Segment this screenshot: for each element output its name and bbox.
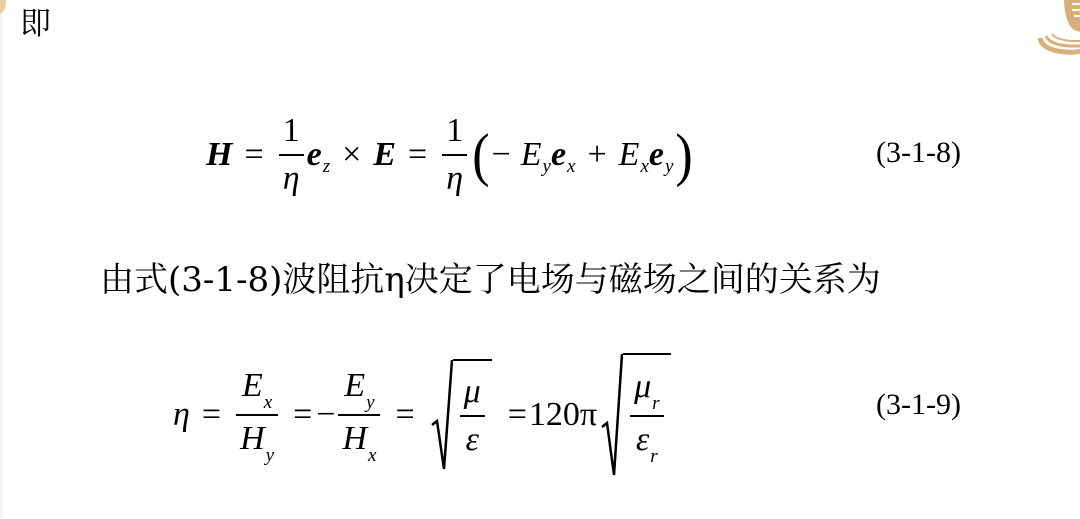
equation-3-1-8: H = 1 η ez × E = 1 η ( − Ey ex + Ex ey ) bbox=[206, 100, 695, 210]
radical-sign-icon bbox=[601, 353, 623, 477]
explanation-sentence: 由式(3-1-8)波阻抗η决定了电场与磁场之间的关系为 bbox=[100, 252, 881, 301]
equals-sign: = bbox=[395, 396, 414, 434]
plus-sign: + bbox=[587, 136, 606, 174]
fraction-one-over-eta: 1 η bbox=[279, 108, 304, 202]
symbol-H: H bbox=[206, 136, 232, 174]
equals-sign: = bbox=[293, 396, 312, 434]
equals-sign: = bbox=[508, 396, 527, 434]
unit-vector-ex: e bbox=[551, 136, 566, 174]
unit-vector-ey: e bbox=[649, 136, 664, 174]
minus-sign: − bbox=[316, 396, 335, 434]
component-Ey: E bbox=[521, 136, 542, 174]
equals-sign: = bbox=[408, 136, 427, 174]
unit-vector-ez: e bbox=[307, 136, 322, 174]
fraction-Ey-over-Hx: Ey Hx bbox=[338, 363, 380, 467]
left-edge-shade bbox=[0, 0, 6, 519]
minus-sign: − bbox=[492, 136, 511, 174]
sqrt-mu-over-epsilon: μ ε bbox=[431, 359, 492, 471]
equation-3-1-9: η = Ex Hy = − Ey Hx = μ ε = 120π μr bbox=[173, 345, 675, 485]
component-Ex: E bbox=[619, 136, 640, 174]
paren-open: ( bbox=[472, 121, 489, 189]
fraction-Ex-over-Hy: Ex Hy bbox=[236, 363, 278, 467]
coffee-cup-logo-icon bbox=[1020, 0, 1080, 55]
radical-sign-icon bbox=[431, 359, 453, 471]
equation-number-3-1-9: (3-1-9) bbox=[876, 388, 961, 422]
coefficient-120pi: 120π bbox=[529, 396, 597, 434]
symbol-eta: η bbox=[173, 396, 190, 434]
paren-close: ) bbox=[675, 121, 692, 189]
slide-heading: 即 bbox=[20, 4, 51, 44]
cross-product-sign: × bbox=[342, 136, 361, 174]
equals-sign: = bbox=[244, 136, 263, 174]
symbol-E: E bbox=[373, 136, 396, 174]
fraction-one-over-eta: 1 η bbox=[442, 108, 467, 202]
equals-sign: = bbox=[202, 396, 221, 434]
sqrt-mur-over-epsr: μr εr bbox=[601, 353, 670, 477]
equation-number-3-1-8: (3-1-8) bbox=[876, 136, 961, 170]
